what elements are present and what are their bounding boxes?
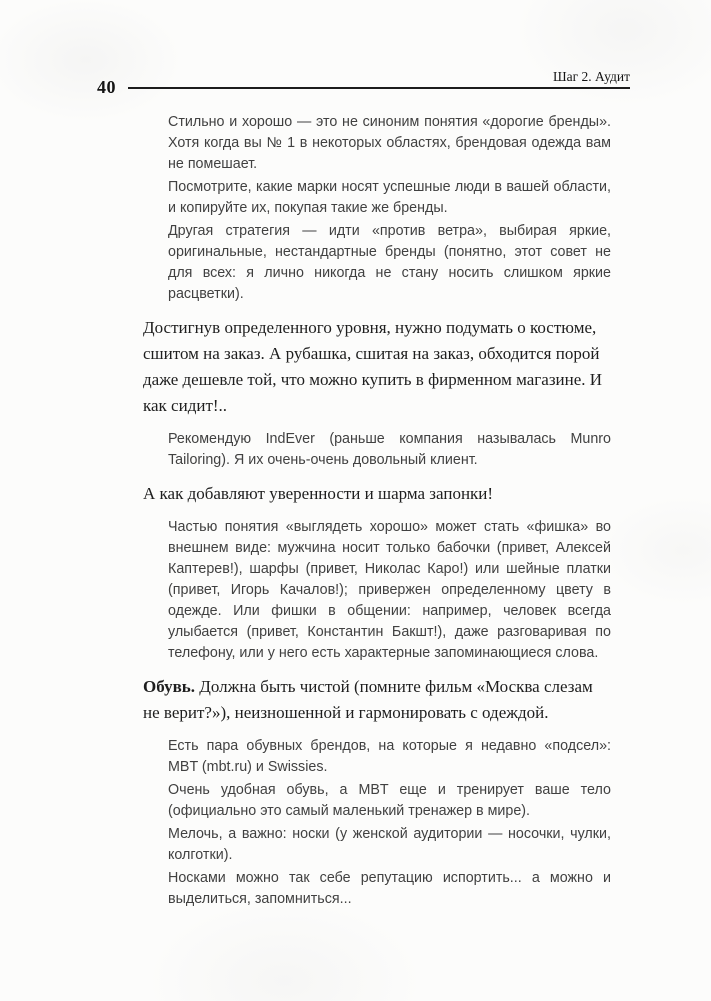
paragraph-text: Должна быть чистой (помните фильм «Москв… <box>143 677 593 722</box>
quote-paragraph: Стильно и хорошо — это не синоним поняти… <box>168 112 611 175</box>
quote-paragraph: Посмотрите, какие марки носят успешные л… <box>168 177 611 219</box>
quote-paragraph: Мелочь, а важно: носки (у женской аудито… <box>168 824 611 866</box>
page-content: Стильно и хорошо — это не синоним поняти… <box>143 112 611 912</box>
quote-paragraph: Очень удобная обувь, а MBT еще и трениру… <box>168 780 611 822</box>
quote-paragraph: Есть пара обувных брендов, на которые я … <box>168 736 611 778</box>
page-number: 40 <box>97 77 116 98</box>
quote-paragraph: Рекомендую IndEver (раньше компания назы… <box>168 429 611 471</box>
header-rule <box>128 87 630 89</box>
quote-paragraph: Носками можно так себе репутацию испорти… <box>168 868 611 910</box>
paragraph-lead: Обувь. <box>143 677 195 696</box>
quote-paragraph: Частью понятия «выглядеть хорошо» может … <box>168 517 611 664</box>
body-paragraph: А как добавляют уверенности и шарма запо… <box>143 481 611 507</box>
quote-paragraph: Другая стратегия — идти «против ветра», … <box>168 221 611 305</box>
running-head: Шаг 2. Аудит <box>128 69 630 85</box>
body-paragraph: Достигнув определенного уровня, нужно по… <box>143 315 611 419</box>
book-page: 40 Шаг 2. Аудит Стильно и хорошо — это н… <box>0 0 711 1001</box>
body-paragraph-shoes: Обувь. Должна быть чистой (помните фильм… <box>143 674 611 726</box>
